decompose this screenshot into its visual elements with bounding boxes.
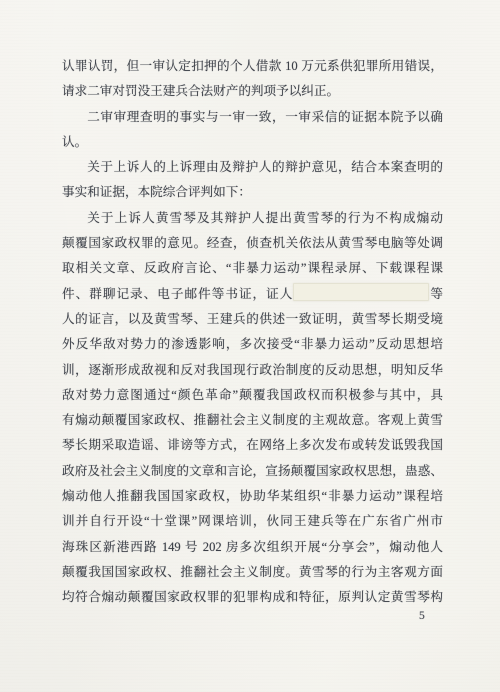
page-number: 5	[419, 608, 425, 624]
body-line: 认。	[62, 130, 443, 155]
body-line: 二审审理查明的事实与一审一致，一审采信的证据本院予以确	[62, 105, 443, 130]
body-line: 关于上诉人的上诉理由及辩护人的辩护意见，结合本案查明的	[62, 155, 443, 180]
body-line: 海珠区新港西路 149 号 202 房多次组织开展“分享会”，煽动他人	[62, 535, 443, 560]
body-line: 事实和证据，本院综合评判如下：	[62, 180, 443, 205]
body-line: 颠覆我国国家政权、推翻社会主义制度。黄雪琴的行为主客观方面	[62, 560, 443, 585]
body-line: 颠覆国家政权罪的意见。经查，侦查机关依法从黄雪琴电脑等处调	[62, 231, 443, 256]
body-line: 有煽动颠覆国家政权、推翻社会主义制度的主观故意。客观上黄雪	[62, 408, 443, 433]
body-line: 关于上诉人黄雪琴及其辩护人提出黄雪琴的行为不构成煽动	[62, 206, 443, 231]
redaction-box	[293, 283, 429, 301]
body-line: 取相关文章、反政府言论、“非暴力运动”课程录屏、下载课程课	[62, 256, 443, 281]
body-line: 琴长期采取造谣、诽谤等方式，在网络上多次发布或转发诋毁我国	[62, 433, 443, 458]
body-line: 政府及社会主义制度的文章和言论，宣扬颠覆国家政权思想，蛊惑、	[62, 459, 443, 484]
body-line: 人的证言，以及黄雪琴、王建兵的供述一致证明，黄雪琴长期受境	[62, 307, 443, 332]
body-line: 均符合煽动颠覆国家政权罪的犯罪构成和特征，原判认定黄雪琴构	[62, 585, 443, 610]
body-line: 煽动他人推翻我国国家政权，协助华某组织“非暴力运动”课程培	[62, 484, 443, 509]
body-line: 训并自行开设“十堂课”网课培训，伙同王建兵等在广东省广州市	[62, 509, 443, 534]
body-line-with-redaction: 件、群聊记录、电子邮件等书证，证人等	[62, 282, 443, 307]
body-line: 敌对势力意图通过“颜色革命”颠覆我国政权而积极参与其中，具	[62, 383, 443, 408]
judgment-text-block: 认罪认罚，但一审认定扣押的个人借款 10 万元系供犯罪所用错误， 请求二审对罚没…	[62, 54, 443, 611]
redaction-suffix-text: 等	[429, 287, 443, 301]
document-page: 认罪认罚，但一审认定扣押的个人借款 10 万元系供犯罪所用错误， 请求二审对罚没…	[0, 0, 500, 692]
body-line: 训，逐渐形成敌视和反对我国现行政治制度的反动思想，明知反华	[62, 358, 443, 383]
redaction-prefix-text: 件、群聊记录、电子邮件等书证，证人	[62, 287, 293, 301]
body-line: 外反华敌对势力的渗透影响，多次接受“非暴力运动”反动思想培	[62, 332, 443, 357]
body-line: 认罪认罚，但一审认定扣押的个人借款 10 万元系供犯罪所用错误，	[62, 54, 443, 79]
body-line: 请求二审对罚没王建兵合法财产的判项予以纠正。	[62, 79, 443, 104]
